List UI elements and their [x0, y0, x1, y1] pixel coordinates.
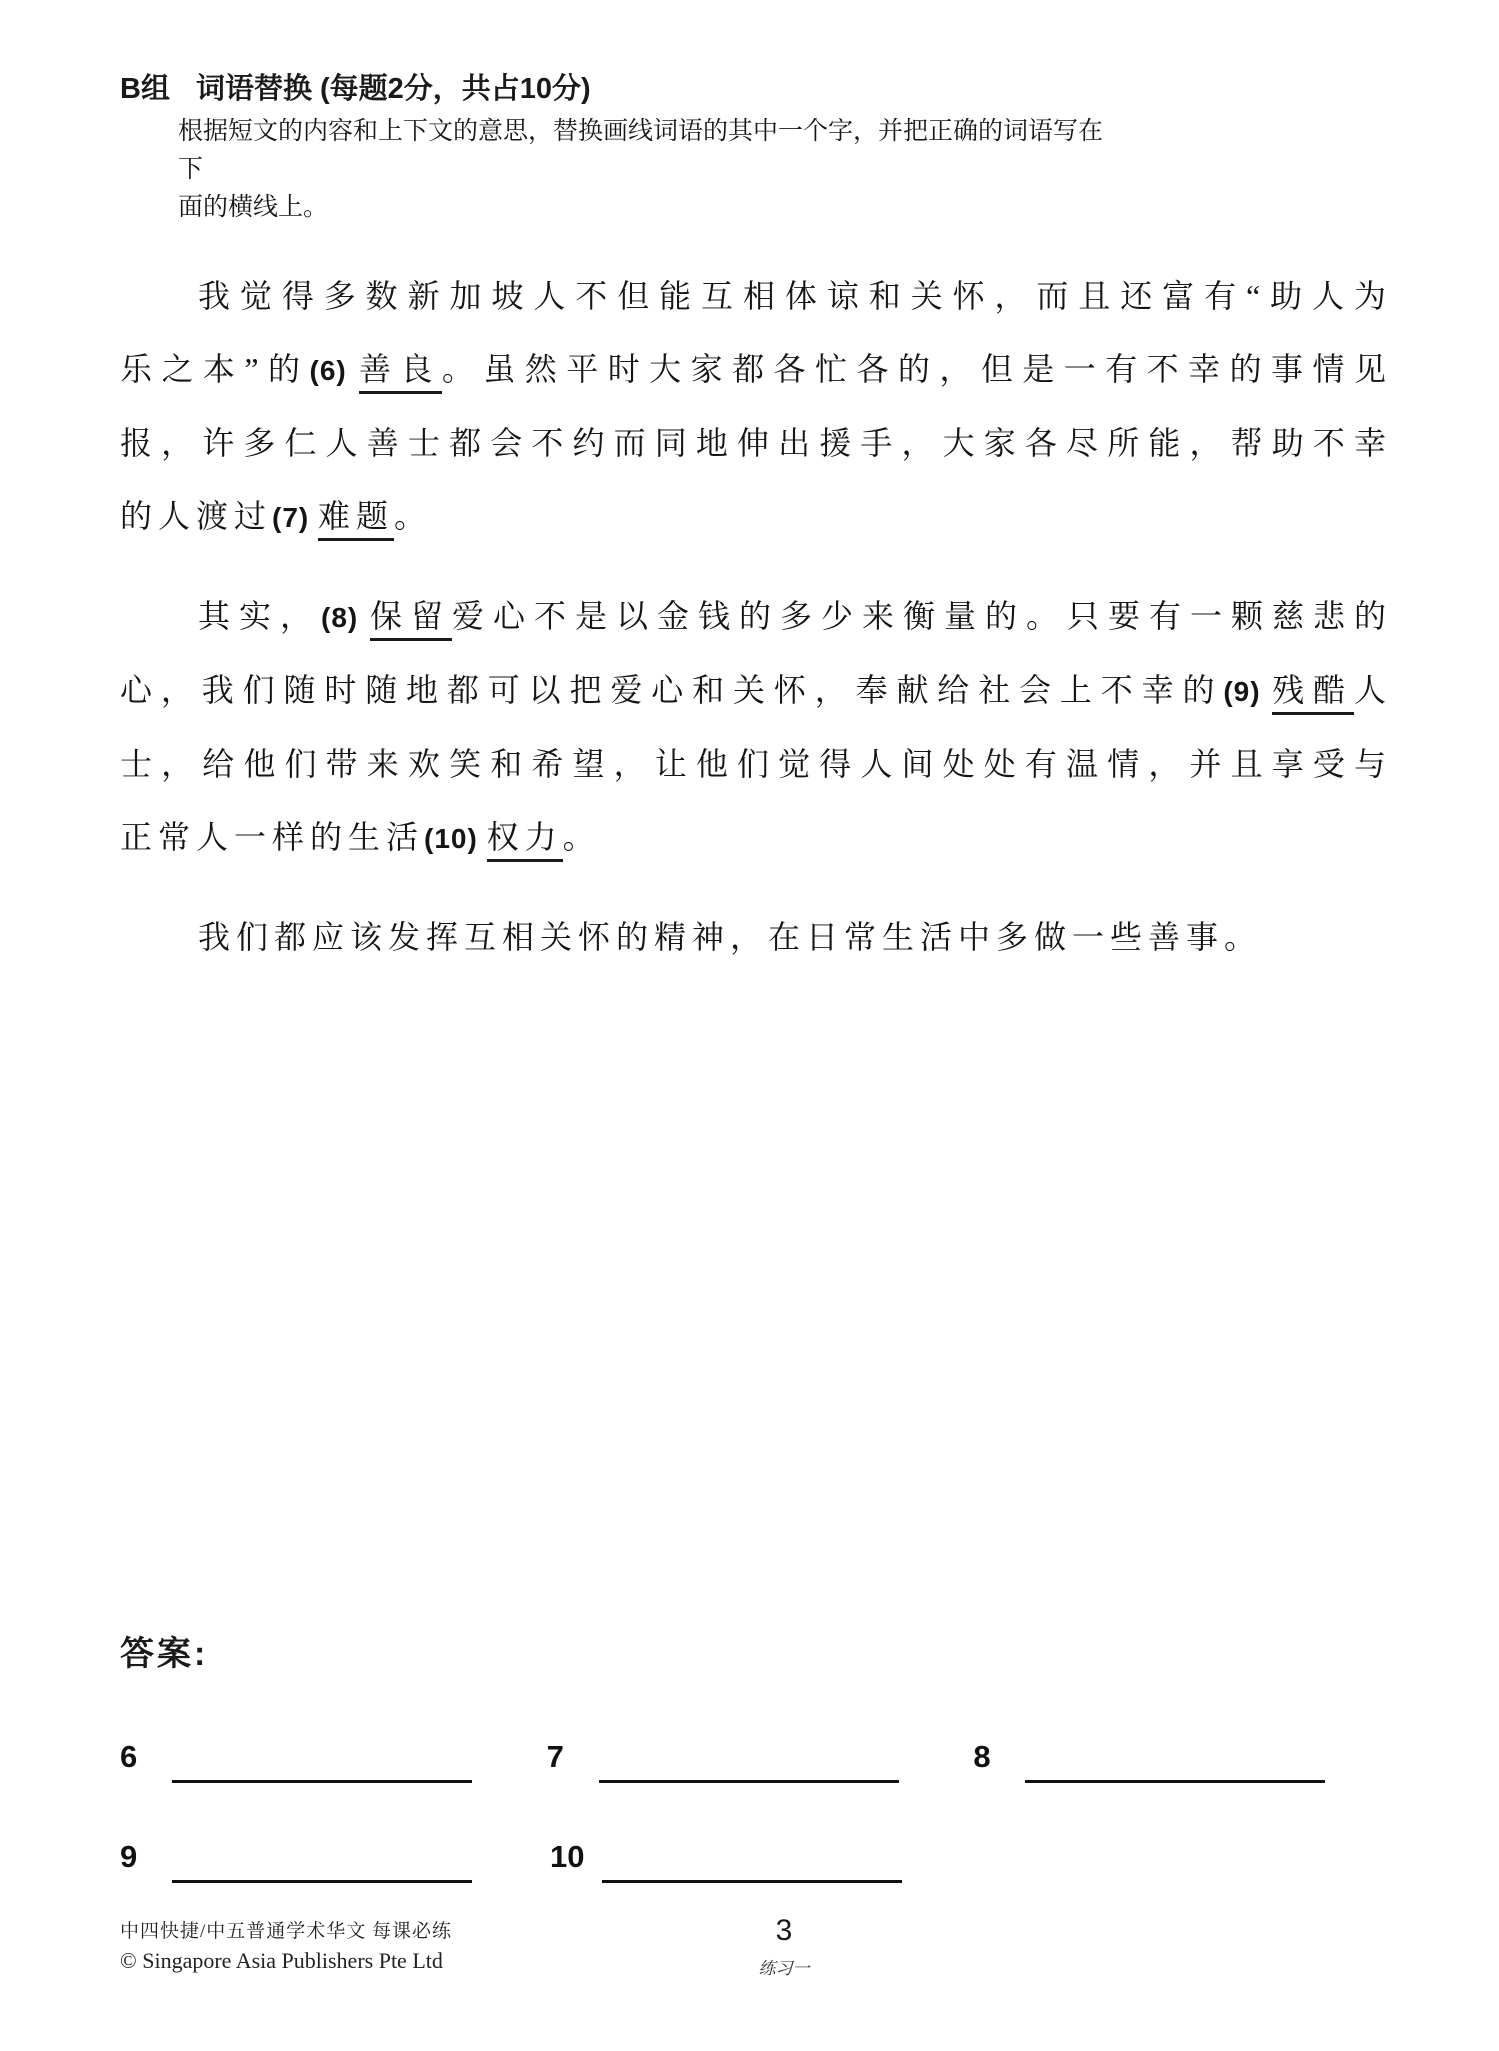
answer-item-10: 10	[550, 1839, 915, 1875]
passage-text: 其实，	[198, 598, 321, 634]
worksheet-page: B组 词语替换 (每题2分，共占10分) 根据短文的内容和上下文的意思，替换画线…	[0, 0, 1499, 2051]
question-number: (8)	[321, 602, 370, 633]
paragraph: 我们都应该发挥互相关怀的精神，在日常生活中多做一些善事。	[120, 901, 1392, 974]
instructions-line-1: 根据短文的内容和上下文的意思，替换画线词语的其中一个字，并把正确的词语写在下	[178, 112, 1108, 188]
passage-line: 乐之本”的(6) 善良。虽然平时大家都各忙各的，但是一有不幸的事情见	[120, 333, 1392, 407]
passage-line: 我觉得多数新加坡人不但能互相体谅和关怀，而且还富有“助人为	[120, 260, 1392, 333]
answers-heading: 答案:	[120, 1626, 1400, 1675]
answer-row: 910	[120, 1839, 1400, 1875]
underlined-word: 难题	[318, 498, 394, 541]
answer-number: 10	[550, 1839, 602, 1875]
footer-left: 中四快捷/中五普通学术华文 每课必练 © Singapore Asia Publ…	[120, 1916, 452, 1974]
passage-text: 报，许多仁人善士都会不约而同地伸出援手，大家各尽所能，帮助不幸	[120, 425, 1392, 461]
answer-blank-line[interactable]	[172, 1750, 472, 1783]
section-header: B组 词语替换 (每题2分，共占10分)	[120, 66, 591, 107]
answer-number: 7	[547, 1739, 599, 1775]
answer-blank-line[interactable]	[172, 1850, 472, 1883]
passage-text: 我觉得多数新加坡人不但能互相体谅和关怀，而且还富有“助人为	[198, 278, 1392, 314]
paragraph: 我觉得多数新加坡人不但能互相体谅和关怀，而且还富有“助人为乐之本”的(6) 善良…	[120, 260, 1392, 554]
answer-item-9: 9	[120, 1839, 485, 1875]
passage-text: 爱心不是以金钱的多少来衡量的。只要有一颗慈悲的	[452, 598, 1392, 634]
underlined-word: 善良	[359, 351, 442, 394]
passage-line: 正常人一样的生活(10) 权力。	[120, 801, 1392, 875]
answer-blank-line[interactable]	[599, 1750, 899, 1783]
passage-text: 人	[1354, 672, 1392, 708]
question-number: (10)	[424, 823, 487, 854]
answer-number: 6	[120, 1739, 172, 1775]
passage-text: 士，给他们带来欢笑和希望，让他们觉得人间处处有温情，并且享受与	[120, 746, 1392, 782]
passage-line: 我们都应该发挥互相关怀的精神，在日常生活中多做一些善事。	[120, 901, 1392, 974]
answer-item-6: 6	[120, 1739, 482, 1775]
passage-text: 。	[563, 819, 601, 855]
underlined-word: 权力	[487, 819, 563, 862]
passage-text: 乐之本”的	[120, 351, 310, 387]
footer-center: 3 练习一	[759, 1914, 810, 1979]
question-number: (9)	[1223, 676, 1272, 707]
copyright-notice: © Singapore Asia Publishers Pte Ltd	[120, 1948, 452, 1974]
passage-line: 士，给他们带来欢笑和希望，让他们觉得人间处处有温情，并且享受与	[120, 728, 1392, 801]
passage-text: 。	[394, 498, 432, 534]
page-number: 3	[759, 1914, 810, 1948]
answer-rows: 678910	[120, 1739, 1400, 1875]
passage-text: 的人渡过	[120, 498, 272, 534]
instructions: 根据短文的内容和上下文的意思，替换画线词语的其中一个字，并把正确的词语写在下 面…	[178, 112, 1108, 226]
answer-row: 678	[120, 1739, 1400, 1775]
paragraph: 其实，(8) 保留爱心不是以金钱的多少来衡量的。只要有一颗慈悲的心，我们随时随地…	[120, 580, 1392, 875]
answer-blank-line[interactable]	[602, 1850, 902, 1883]
answer-item-7: 7	[547, 1739, 909, 1775]
underlined-word: 保留	[370, 598, 452, 641]
passage-text: 我们都应该发挥互相关怀的精神，在日常生活中多做一些善事。	[198, 919, 1262, 955]
question-number: (7)	[272, 502, 318, 533]
answer-blank-line[interactable]	[1025, 1750, 1325, 1783]
answer-item-8: 8	[973, 1739, 1335, 1775]
passage-text: 正常人一样的生活	[120, 819, 424, 855]
answers-section: 答案: 678910	[120, 1626, 1400, 1875]
exercise-label: 练习一	[759, 1954, 810, 1979]
group-label: B组	[120, 66, 170, 107]
passage-line: 其实，(8) 保留爱心不是以金钱的多少来衡量的。只要有一颗慈悲的	[120, 580, 1392, 654]
answer-number: 9	[120, 1839, 172, 1875]
instructions-line-2: 面的横线上。	[178, 188, 1108, 226]
passage-line: 报，许多仁人善士都会不约而同地伸出援手，大家各尽所能，帮助不幸	[120, 407, 1392, 480]
question-number: (6)	[310, 355, 359, 386]
series-title: 中四快捷/中五普通学术华文 每课必练	[120, 1916, 452, 1943]
section-title: 词语替换 (每题2分，共占10分)	[196, 66, 591, 107]
passage-text: 。虽然平时大家都各忙各的，但是一有不幸的事情见	[442, 351, 1392, 387]
answer-number: 8	[973, 1739, 1025, 1775]
underlined-word: 残酷	[1272, 672, 1354, 715]
passage-line: 心，我们随时随地都可以把爱心和关怀，奉献给社会上不幸的(9) 残酷人	[120, 654, 1392, 728]
passage: 我觉得多数新加坡人不但能互相体谅和关怀，而且还富有“助人为乐之本”的(6) 善良…	[120, 260, 1392, 974]
passage-text: 心，我们随时随地都可以把爱心和关怀，奉献给社会上不幸的	[120, 672, 1223, 708]
passage-line: 的人渡过(7) 难题。	[120, 480, 1392, 554]
